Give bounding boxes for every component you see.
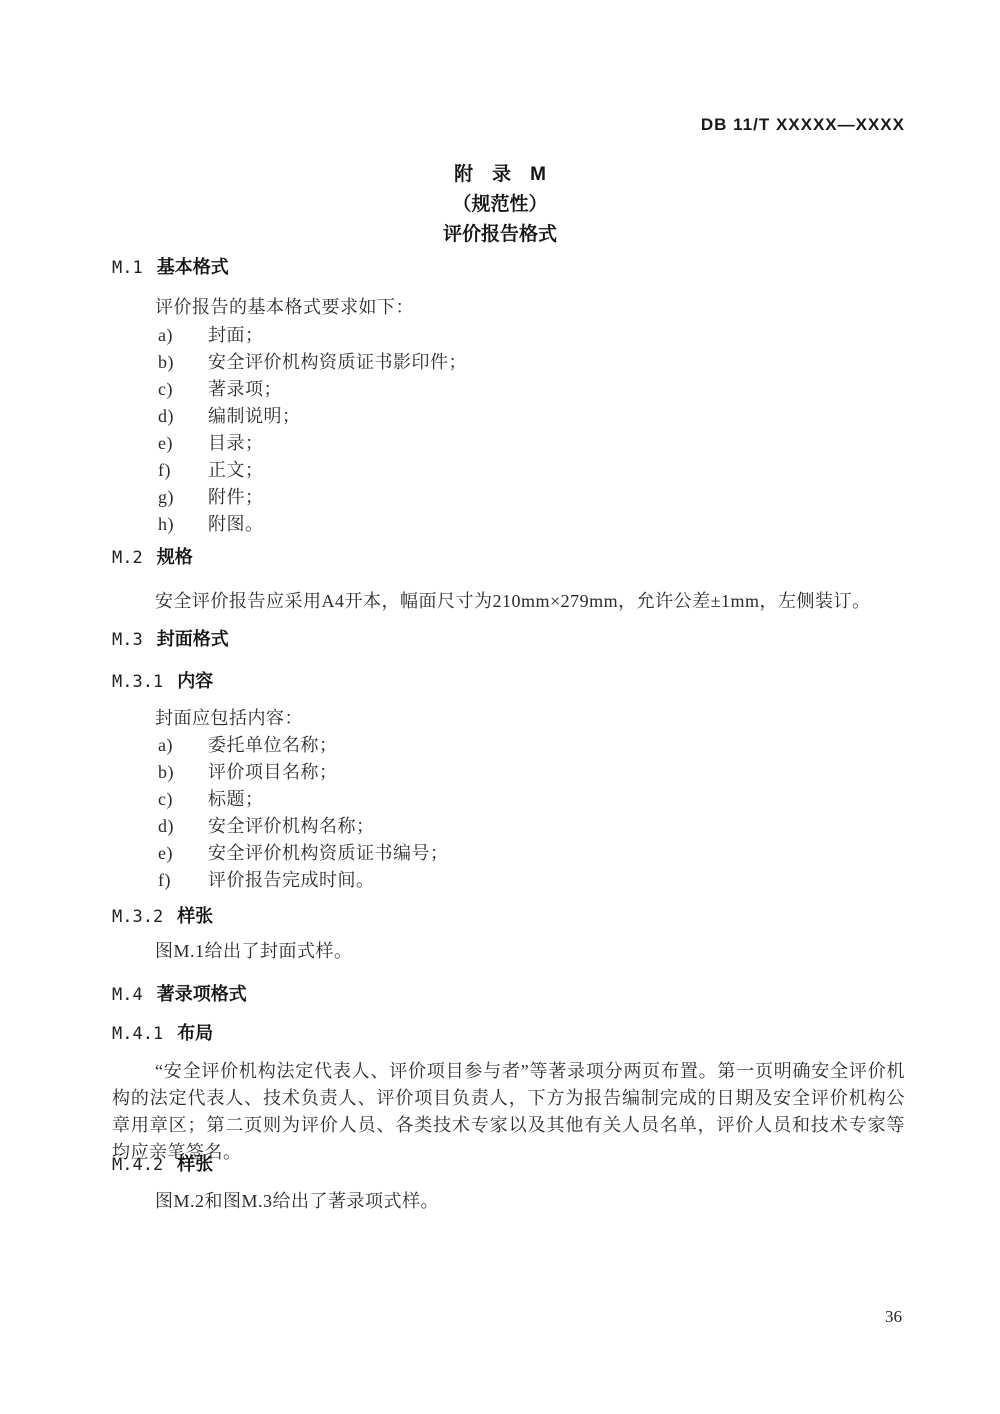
normative-label: （规范性） xyxy=(0,190,1000,220)
section-heading-m4: M.4著录项格式 xyxy=(112,981,905,1009)
doc-code: DB 11/T XXXXX—XXXX xyxy=(701,115,905,134)
section-number: M.3.2 xyxy=(112,907,163,927)
section-heading-m42: M.4.2样张 xyxy=(112,1151,905,1179)
page-number: 36 xyxy=(885,1307,902,1327)
paragraph-m32-body: 图M.1给出了封面式样。 xyxy=(112,938,905,965)
list-item-marker: b) xyxy=(158,759,208,786)
section-number: M.4.1 xyxy=(112,1024,163,1044)
list-item-text: 编制说明； xyxy=(208,406,301,426)
list-item-text: 标题； xyxy=(208,789,264,809)
section-title: 规格 xyxy=(157,547,193,567)
list-item-text: 目录； xyxy=(208,433,264,453)
list-item-marker: f) xyxy=(158,867,208,894)
appendix-title-block: 附 录 M （规范性） 评价报告格式 xyxy=(0,160,1000,250)
list-item-marker: c) xyxy=(158,786,208,813)
list-item: g)附件； xyxy=(158,484,905,511)
section-heading-m31: M.3.1内容 xyxy=(112,668,905,696)
section-number: M.3 xyxy=(112,630,143,650)
list-item-marker: b) xyxy=(158,349,208,376)
list-item: c)标题； xyxy=(158,786,905,813)
list-item-text: 安全评价机构资质证书编号； xyxy=(208,843,449,863)
list-item-marker: d) xyxy=(158,813,208,840)
list-item: e)目录； xyxy=(158,430,905,457)
list-item-text: 安全评价机构资质证书影印件； xyxy=(208,352,467,372)
section-number: M.3.1 xyxy=(112,672,163,692)
list-m31: a)委托单位名称； b)评价项目名称； c)标题； d)安全评价机构名称； e)… xyxy=(112,732,905,894)
list-item: b)评价项目名称； xyxy=(158,759,905,786)
section-heading-m2: M.2规格 xyxy=(112,544,905,572)
list-item-text: 封面； xyxy=(208,325,264,345)
section-title: 布局 xyxy=(177,1023,213,1043)
list-item-marker: a) xyxy=(158,732,208,759)
section-title: 基本格式 xyxy=(157,257,229,277)
list-item: c)著录项； xyxy=(158,376,905,403)
list-item-text: 评价项目名称； xyxy=(208,762,338,782)
list-item-text: 委托单位名称； xyxy=(208,735,338,755)
list-item-marker: f) xyxy=(158,457,208,484)
list-item: b)安全评价机构资质证书影印件； xyxy=(158,349,905,376)
list-item: d)编制说明； xyxy=(158,403,905,430)
list-item: f)评价报告完成时间。 xyxy=(158,867,905,894)
list-item-text: 附件； xyxy=(208,487,264,507)
section-number: M.4.2 xyxy=(112,1155,163,1175)
list-item: a)封面； xyxy=(158,322,905,349)
list-item-text: 附图。 xyxy=(208,514,264,534)
list-item: f)正文； xyxy=(158,457,905,484)
paragraph-m31-intro: 封面应包括内容： xyxy=(112,705,905,732)
list-m1: a)封面； b)安全评价机构资质证书影印件； c)著录项； d)编制说明； e)… xyxy=(112,322,905,538)
list-item-text: 著录项； xyxy=(208,379,282,399)
list-item-text: 正文； xyxy=(208,460,264,480)
paragraph-m2-body: 安全评价报告应采用A4开本，幅面尺寸为210mm×279mm，允许公差±1mm，… xyxy=(112,588,905,615)
section-title: 封面格式 xyxy=(157,629,229,649)
section-heading-m41: M.4.1布局 xyxy=(112,1020,905,1048)
list-item: d)安全评价机构名称； xyxy=(158,813,905,840)
list-item: e)安全评价机构资质证书编号； xyxy=(158,840,905,867)
list-item-marker: e) xyxy=(158,840,208,867)
section-title: 著录项格式 xyxy=(157,984,247,1004)
appendix-title: 附 录 M xyxy=(0,160,1000,190)
section-number: M.4 xyxy=(112,985,143,1005)
page-header: DB 11/T XXXXX—XXXX xyxy=(112,115,905,135)
list-item-text: 安全评价机构名称； xyxy=(208,816,375,836)
paragraph-m41-body: “安全评价机构法定代表人、评价项目参与者”等著录项分两页布置。第一页明确安全评价… xyxy=(112,1058,905,1166)
paragraph-m42-body: 图M.2和图M.3给出了著录项式样。 xyxy=(112,1188,905,1215)
section-title: 内容 xyxy=(177,671,213,691)
list-item-text: 评价报告完成时间。 xyxy=(208,870,375,890)
section-heading-m3: M.3封面格式 xyxy=(112,626,905,654)
paragraph-m1-intro: 评价报告的基本格式要求如下： xyxy=(112,294,905,321)
section-heading-m1: M.1基本格式 xyxy=(112,254,905,282)
list-item-marker: g) xyxy=(158,484,208,511)
section-number: M.1 xyxy=(112,258,143,278)
section-title: 样张 xyxy=(177,906,213,926)
list-item-marker: e) xyxy=(158,430,208,457)
document-page: DB 11/T XXXXX—XXXX 附 录 M （规范性） 评价报告格式 M.… xyxy=(0,0,1000,1414)
list-item: a)委托单位名称； xyxy=(158,732,905,759)
section-number: M.2 xyxy=(112,548,143,568)
list-item: h)附图。 xyxy=(158,511,905,538)
list-item-marker: d) xyxy=(158,403,208,430)
section-heading-m32: M.3.2样张 xyxy=(112,903,905,931)
doc-subject-title: 评价报告格式 xyxy=(0,220,1000,250)
list-item-marker: a) xyxy=(158,322,208,349)
section-title: 样张 xyxy=(177,1154,213,1174)
list-item-marker: h) xyxy=(158,511,208,538)
list-item-marker: c) xyxy=(158,376,208,403)
